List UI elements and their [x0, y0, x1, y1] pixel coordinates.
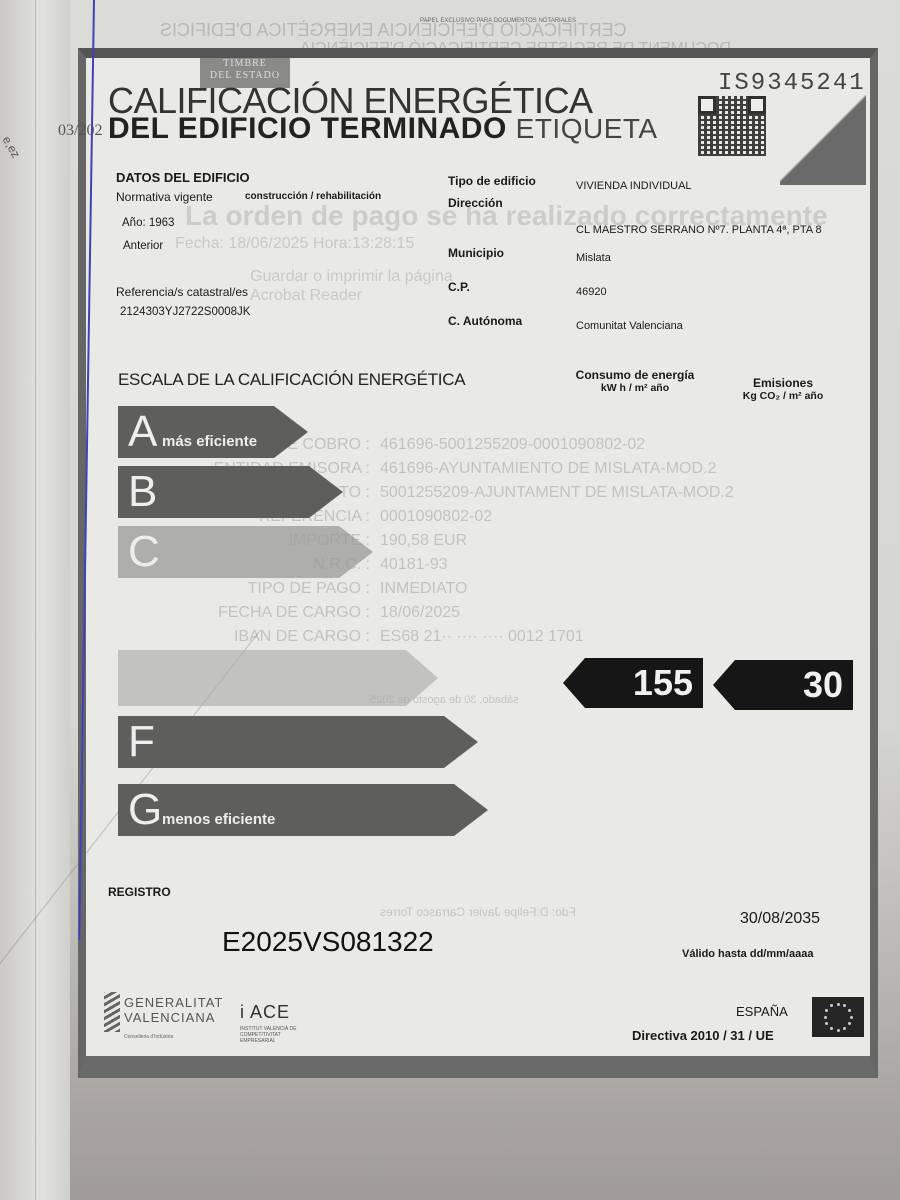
- rating-bar-b: B: [118, 466, 343, 518]
- title-line2-main: DEL EDIFICIO TERMINADO: [108, 112, 507, 145]
- redacted-bar-area: [118, 650, 438, 706]
- rating-bar-a: Amás eficiente: [118, 406, 308, 458]
- bar-letter: G: [128, 788, 162, 832]
- registry-label: REGISTRO: [108, 885, 171, 899]
- cadastral-label: Referencia/s catastral/es: [116, 285, 248, 299]
- energy-column-header: Consumo de energía kW h / m² año: [560, 368, 710, 394]
- bar-letter: B: [128, 470, 157, 514]
- stamp-date: 03/202: [58, 122, 102, 140]
- normativa-value: construcción / rehabilitación: [245, 191, 381, 202]
- field-value: VIVIENDA INDIVIDUAL: [576, 180, 846, 192]
- field-label: Municipio: [448, 246, 504, 260]
- generalitat-sub: Conselleria d'Indústria: [124, 1034, 173, 1040]
- field-value: CL MAESTRO SERRANO Nº7. PLANTA 4ª, PTA 8: [576, 224, 846, 236]
- field-value: Comunitat Valenciana: [576, 320, 846, 332]
- ivace-sub: INSTITUT VALENCIÀ DE COMPETITIVITAT EMPR…: [240, 1026, 310, 1044]
- rating-bar-f: F: [118, 716, 478, 768]
- ivace-logo: i ACE: [240, 1002, 290, 1023]
- frame-corner-shade: [780, 95, 866, 185]
- bar-description: más eficiente: [162, 433, 257, 450]
- field-label: C. Autónoma: [448, 314, 522, 328]
- country-label: ESPAÑA: [736, 1004, 788, 1019]
- rating-bar-g: Gmenos eficiente: [118, 784, 488, 836]
- eu-flag-icon: [812, 997, 864, 1037]
- bar-description: menos eficiente: [162, 811, 275, 828]
- cadastral-value: 2124303YJ2722S0008JK: [120, 306, 250, 318]
- ghost-text: CERTIFICACIÓ D'EFICIÈNCIA ENERGÈTICA D'E…: [160, 20, 627, 41]
- valid-until-label: Válido hasta dd/mm/aaaa: [682, 948, 813, 960]
- generalitat-logo-icon: [104, 992, 120, 1032]
- binding-crease: [35, 0, 36, 1200]
- title-suffix: ETIQUETA: [516, 113, 658, 144]
- registry-number: E2025VS081322: [222, 926, 434, 958]
- valid-until-date: 30/08/2035: [740, 910, 820, 928]
- year-label: Año: 1963: [122, 217, 174, 229]
- field-value: 46920: [576, 286, 846, 298]
- title-line2: DEL EDIFICIO TERMINADO ETIQUETA: [108, 112, 658, 146]
- energy-header: Consumo de energía: [560, 368, 710, 382]
- field-label: Dirección: [448, 196, 503, 210]
- serial-number: IS9345241: [718, 70, 866, 97]
- rating-bar-c: C: [118, 526, 373, 578]
- field-label: C.P.: [448, 280, 470, 294]
- energy-rating-badge: 155: [563, 658, 703, 708]
- emissions-rating-badge: 30: [713, 660, 853, 710]
- gv-line1: GENERALITAT: [124, 995, 223, 1010]
- timbre-line1: TIMBRE: [200, 58, 290, 70]
- bar-letter: F: [128, 720, 155, 764]
- building-section-title: DATOS DEL EDIFICIO: [116, 170, 250, 185]
- scale-title: ESCALA DE LA CALIFICACIÓN ENERGÉTICA: [118, 370, 465, 390]
- gv-line2: VALENCIANA: [124, 1010, 223, 1025]
- emissions-header: Emisiones: [718, 376, 848, 390]
- field-label: Tipo de edificio: [448, 174, 536, 188]
- emissions-unit: Kg CO₂ / m² año: [718, 390, 848, 402]
- emissions-column-header: Emisiones Kg CO₂ / m² año: [718, 376, 848, 402]
- year-value: Anterior: [123, 240, 163, 252]
- directive-label: Directiva 2010 / 31 / UE: [632, 1028, 774, 1043]
- qr-code-icon: [698, 96, 766, 156]
- normativa-label: Normativa vigente: [116, 190, 213, 204]
- bar-letter: A: [128, 410, 157, 454]
- generalitat-name: GENERALITAT VALENCIANA: [124, 995, 223, 1025]
- bar-letter: C: [128, 530, 160, 574]
- field-value: Mislata: [576, 252, 846, 264]
- energy-unit: kW h / m² año: [560, 382, 710, 394]
